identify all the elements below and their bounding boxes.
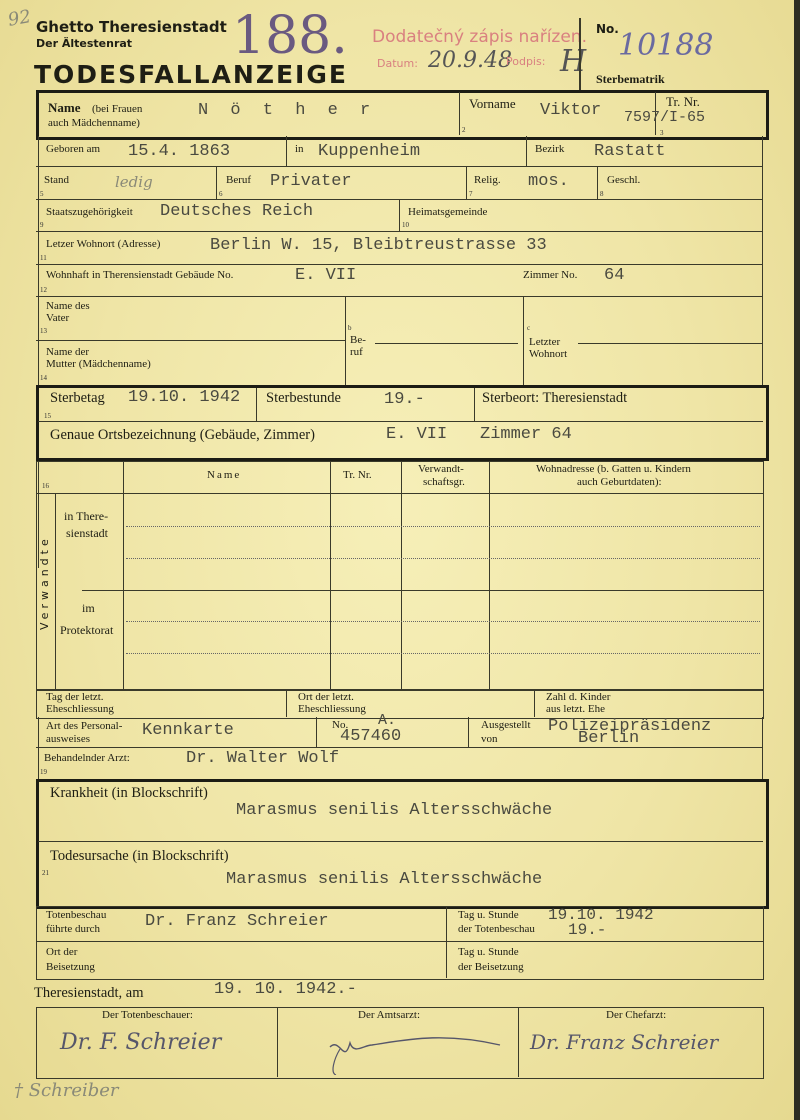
id-issuer-label2: von [481,733,498,746]
sig-amtsarzt-scribble [320,1025,520,1075]
row-divider [36,340,345,341]
stamp-datum-value: 20.9.48 [428,48,512,73]
field-number: 19 [40,768,47,776]
col-verwandt-header: Verwandt- [418,463,464,476]
sterbetag-label: Sterbetag [50,390,105,407]
divider [459,92,460,135]
row-divider [36,941,763,942]
exam-time-label: Tag u. Stunde [458,909,519,922]
header-divider [36,493,124,494]
wohnort-label: Letzer Wohnort (Adresse) [46,238,160,251]
burial-place-label: Ort der [46,946,77,959]
sterbeort-label: Sterbeort: Theresienstadt [482,390,627,407]
totenbeschau-label: Totenbeschau [46,909,106,922]
burial-time-label: Tag u. Stunde [458,946,519,959]
relig-label: Relig. [474,174,501,187]
zimmer-value: 64 [604,266,624,285]
vater-label2: Vater [46,312,69,325]
parent-wohnort-label2: Wohnort [529,348,567,361]
field-number: 3 [660,129,664,137]
field-number: 6 [219,190,223,198]
exam-hour-value: 19.- [568,921,606,939]
stamp-podpis-label: Podpis: [506,55,545,68]
left-border [38,717,39,779]
parent-beruf-label2: ruf [350,346,363,359]
ortsbez-label: Genaue Ortsbezeichnung (Gebäude, Zimmer) [50,427,315,444]
geschl-label: Geschl. [607,174,640,187]
burial-time-label2: der Beisetzung [458,961,524,974]
col-divider [55,494,56,689]
vater-label: Name des [46,300,90,313]
group-protektorat2: Protektorat [60,624,113,638]
staats-label: Staatszugehörigkeit [46,206,133,219]
divider [399,200,400,231]
divider [468,717,469,747]
doctor-label: Behandelnder Arzt: [44,752,130,765]
field-number: 14 [40,374,47,382]
todesursache-value: Marasmus senilis Altersschwäche [226,870,542,889]
zimmer-label: Zimmer No. [523,269,577,282]
id-type-value: Kennkarte [142,721,234,740]
trnr-value: 7597/I-65 [624,109,705,126]
sterbestunde-value: 19.- [384,390,425,409]
id-issuer-city: Berlin [578,729,639,748]
org-subtitle: Der Ältestenrat [36,37,132,50]
col-name-header: Name [207,469,241,482]
field-number: 21 [42,869,49,877]
divider [597,167,598,199]
mutter-label2: Mutter (Mädchenname) [46,358,151,371]
bezirk-label: Bezirk [535,143,564,156]
group-divider [82,590,763,591]
group-protektorat: im [82,602,95,616]
divider [345,297,346,385]
divider [466,167,467,199]
heimat-label: Heimatsgemeinde [408,206,487,219]
birthplace-value: Kuppenheim [318,142,420,161]
row-line [126,526,760,527]
ortsbez-room: Zimmer 64 [480,425,572,444]
sig-chefarzt: Dr. Franz Schreier [530,1030,718,1054]
field-number: 9 [40,221,44,229]
geboren-value: 15.4. 1863 [128,142,230,161]
col-divider [330,462,331,689]
margin-pencil-number: 92 [6,6,32,31]
marriage-place-label: Ort der letzt. [298,691,354,704]
col-divider [489,462,490,689]
parent-wohnort-label: Letzter [529,336,560,349]
id-issuer-label: Ausgestellt [481,719,531,732]
col-trnr-header: Tr. Nr. [343,469,372,482]
divider [286,136,287,166]
handwritten-number: 188. [232,6,348,66]
field-number: 10 [402,221,409,229]
group-theresienstadt: in There- [64,510,108,524]
right-border [762,717,763,779]
row-divider [36,296,763,297]
beruf-value: Privater [270,172,352,191]
field-number: 12 [40,286,47,294]
document-page: 92 Ghetto Theresienstadt Der Ältestenrat… [0,0,794,1120]
col-wohn-header2: auch Geburtdaten): [577,476,662,489]
name-label-note: (bei Frauen [92,103,142,116]
field-number: 5 [40,190,44,198]
divider [256,388,257,421]
stand-label: Stand [44,174,69,187]
divider [216,167,217,199]
beruf-label: Beruf [226,174,251,187]
children-label2: aus letzt. Ehe [546,703,605,716]
row-line [126,621,760,622]
ortsbez-building: E. VII [386,425,447,444]
name-label: Name [48,101,81,116]
vorname-value: Viktor [540,101,601,120]
field-number: 11 [40,254,47,262]
row-divider [36,231,763,232]
stand-value: ledig [115,173,153,191]
header-divider [123,493,763,494]
field-number: 2 [462,126,466,134]
divider [474,388,475,421]
marriage-row [36,689,764,719]
relatives-table [36,461,764,691]
marriage-place-label2: Eheschliessung [298,703,366,716]
row-divider [38,841,763,842]
group-theresienstadt2: sienstadt [66,527,108,541]
field-number: 8 [600,190,604,198]
surname-value: N ö t h e r [198,101,376,120]
col-divider [401,462,402,689]
col-wohn-header: Wohnadresse (b. Gatten u. Kindern [536,463,691,476]
doctor-value: Dr. Walter Wolf [186,749,339,768]
place-label: Theresienstadt, am [34,985,144,1002]
divider [286,689,287,717]
id-type-label2: ausweises [46,733,90,746]
sterbematrik-number: 10188 [618,28,713,63]
vorname-label: Vorname [469,97,516,112]
row-divider [36,747,763,748]
bottom-pencil-note: † Schreiber [14,1080,119,1101]
staats-value: Deutsches Reich [160,202,313,221]
field-number: 7 [469,190,473,198]
id-type-label: Art des Personal- [46,720,122,733]
scan-edge [794,0,800,1120]
divider [534,689,535,717]
sig-amtsarzt-label: Der Amtsarzt: [358,1009,420,1022]
header-divider [579,18,581,90]
parent-beruf-label: Be- [350,334,366,347]
org-name: Ghetto Theresienstadt [36,18,227,36]
sterbetag-value: 19.10. 1942 [128,388,240,407]
stamp-text: Dodatečný zápis nařízen. [372,27,587,47]
right-border [762,136,763,388]
row-divider [38,421,763,422]
geboren-label: Geboren am [46,143,100,156]
id-no-value: 457460 [340,727,401,746]
divider [316,717,317,747]
marriage-date-label: Tag der letzt. [46,691,104,704]
bezirk-value: Rastatt [594,142,665,161]
field-sub: b [348,324,352,332]
verwandte-vertical-label: Verwandte [38,545,51,630]
burial-place-label2: Beisetzung [46,961,95,974]
field-sub: c [527,324,530,332]
field-number: 15 [44,412,51,420]
children-label: Zahl d. Kinder [546,691,610,704]
sig-totenbeschauer: Dr. F. Schreier [60,1030,221,1055]
row-divider [36,264,763,265]
field-number: 13 [40,327,47,335]
col-divider [123,462,124,689]
col-verwandt-header2: schaftsgr. [423,476,465,489]
row-divider [36,166,763,167]
wohnhaft-label: Wohnhaft in Therensienstadt Gebäude No. [46,269,233,282]
place-date-value: 19. 10. 1942.- [214,980,357,999]
krankheit-value: Marasmus senilis Altersschwäche [236,801,552,820]
mutter-label: Name der [46,346,89,359]
underline [375,343,518,344]
todesursache-label: Todesursache (in Blockschrift) [50,848,229,865]
relig-value: mos. [528,172,569,191]
row-line [126,653,760,654]
in-label: in [295,143,304,156]
divider [523,297,524,385]
wohnort-value: Berlin W. 15, Bleibtreustrasse 33 [210,236,547,255]
sterbestunde-label: Sterbestunde [266,390,341,407]
sig-chefarzt-label: Der Chefarzt: [606,1009,666,1022]
stamp-signature: H [560,44,586,79]
wohnhaft-value: E. VII [295,266,356,285]
underline [578,343,762,344]
sterbematrik-label: Sterbematrik [596,72,665,87]
stamp-datum-label: Datum: [377,57,418,70]
row-line [126,558,760,559]
marriage-date-label2: Eheschliessung [46,703,114,716]
krankheit-label: Krankheit (in Blockschrift) [50,785,208,802]
divider [277,1007,278,1077]
divider [526,136,527,166]
sig-totenbeschauer-label: Der Totenbeschauer: [102,1009,193,1022]
trnr-label: Tr. Nr. [666,95,700,110]
name-label-note2: auch Mädchenname) [48,117,140,130]
totenbeschau-value: Dr. Franz Schreier [145,912,329,931]
totenbeschau-label2: führte durch [46,923,100,936]
no-label: No. [596,22,619,36]
field-number: 16 [42,482,49,490]
exam-time-label2: der Totenbeschau [458,923,535,936]
divider [446,906,447,978]
